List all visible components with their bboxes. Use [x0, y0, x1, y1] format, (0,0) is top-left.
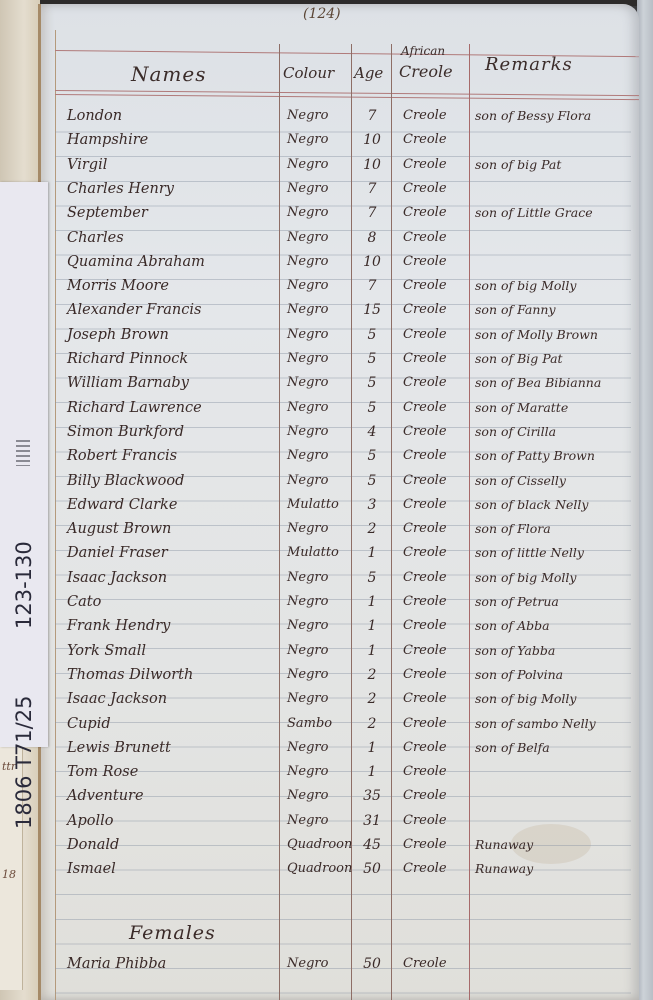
column-header-age: Age	[354, 64, 383, 82]
entry-age: 1	[357, 618, 387, 634]
entry-origin: Creole	[403, 157, 447, 172]
entry-name: Lewis Brunett	[67, 740, 171, 756]
entry-age: 5	[357, 473, 387, 489]
entry-name: York Small	[67, 643, 146, 659]
entry-age: 7	[357, 108, 387, 124]
column-header-creole: Creole	[399, 62, 453, 81]
entry-remark: son of Cisselly	[475, 473, 566, 488]
entry-age: 2	[357, 716, 387, 732]
entry-colour: Negro	[287, 764, 328, 779]
entry-origin: Creole	[403, 813, 447, 828]
column-header-remarks: Remarks	[485, 54, 573, 75]
entry-colour: Quadroon	[287, 837, 352, 852]
entry-name: Billy Blackwood	[67, 473, 184, 489]
entry-age: 4	[357, 424, 387, 440]
entry-age: 50	[357, 861, 387, 877]
entry-remark: son of big Molly	[475, 570, 576, 585]
entry-origin: Creole	[403, 278, 447, 293]
register-row: AdventureNegro35Creole	[41, 788, 639, 812]
entry-remark: son of Bea Bibianna	[475, 375, 601, 390]
entry-remark: son of big Molly	[475, 278, 576, 293]
entry-name: Maria Phibba	[67, 956, 166, 972]
entry-name: Edward Clarke	[67, 497, 177, 513]
entry-colour: Negro	[287, 157, 328, 172]
entry-origin: Creole	[403, 132, 447, 147]
entry-age: 7	[357, 205, 387, 221]
entry-colour: Negro	[287, 278, 328, 293]
entry-origin: Creole	[403, 788, 447, 803]
register-row: Billy BlackwoodNegro5Creoleson of Cissel…	[41, 473, 639, 497]
entry-name: Hampshire	[67, 132, 148, 148]
entry-name: Virgil	[67, 157, 107, 173]
entry-colour: Mulatto	[287, 545, 339, 560]
entry-origin: Creole	[403, 205, 447, 220]
entry-colour: Negro	[287, 230, 328, 245]
entry-age: 5	[357, 351, 387, 367]
entry-colour: Mulatto	[287, 497, 339, 512]
entry-remark: son of sambo Nelly	[475, 716, 596, 731]
entry-colour: Negro	[287, 108, 328, 123]
column-header-colour: Colour	[283, 64, 334, 82]
entry-name: Morris Moore	[67, 278, 169, 294]
entry-origin: Creole	[403, 448, 447, 463]
entry-age: 35	[357, 788, 387, 804]
entry-colour: Negro	[287, 618, 328, 633]
entry-colour: Negro	[287, 594, 328, 609]
entry-colour: Negro	[287, 302, 328, 317]
entry-remark: son of little Nelly	[475, 545, 584, 560]
entry-remark: son of Maratte	[475, 400, 568, 415]
entry-origin: Creole	[403, 545, 447, 560]
header-rule-bottom	[55, 90, 639, 100]
entry-origin: Creole	[403, 497, 447, 512]
entry-name: August Brown	[67, 521, 171, 537]
entry-remark: Runaway	[475, 861, 533, 876]
entry-name: Richard Pinnock	[67, 351, 188, 367]
entry-age: 1	[357, 643, 387, 659]
entry-age: 3	[357, 497, 387, 513]
entry-name: Charles Henry	[67, 181, 174, 197]
register-row: Daniel FraserMulatto1Creoleson of little…	[41, 545, 639, 569]
entry-age: 15	[357, 302, 387, 318]
entry-remark: son of Molly Brown	[475, 327, 598, 342]
register-row: IsmaelQuadroon50CreoleRunaway	[41, 861, 639, 885]
register-row: VirgilNegro10Creoleson of big Pat	[41, 157, 639, 181]
entry-origin: Creole	[403, 302, 447, 317]
register-row: CupidSambo2Creoleson of sambo Nelly	[41, 716, 639, 740]
entry-origin: Creole	[403, 254, 447, 269]
entry-name: Alexander Francis	[67, 302, 201, 318]
entry-remark: son of Little Grace	[475, 205, 593, 220]
entry-age: 10	[357, 132, 387, 148]
entry-origin: Creole	[403, 594, 447, 609]
entry-remark: son of Bessy Flora	[475, 108, 591, 123]
entry-remark: son of big Molly	[475, 691, 576, 706]
entry-origin: Creole	[403, 108, 447, 123]
archive-reference-label: 1806 T71/25 123-130	[0, 182, 48, 747]
register-row: SeptemberNegro7Creoleson of Little Grace	[41, 205, 639, 229]
entry-age: 10	[357, 254, 387, 270]
entry-colour: Negro	[287, 473, 328, 488]
entry-origin: Creole	[403, 327, 447, 342]
register-row: Simon BurkfordNegro4Creoleson of Cirilla	[41, 424, 639, 448]
register-row: ApolloNegro31Creole	[41, 813, 639, 837]
entry-origin: Creole	[403, 424, 447, 439]
register-row: Joseph BrownNegro5Creoleson of Molly Bro…	[41, 327, 639, 351]
entry-age: 31	[357, 813, 387, 829]
register-row: Maria PhibbaNegro50Creole	[41, 956, 639, 980]
register-row: Isaac JacksonNegro5Creoleson of big Moll…	[41, 570, 639, 594]
entry-age: 5	[357, 448, 387, 464]
entry-name: Cupid	[67, 716, 111, 732]
archive-page-range: 123-130	[12, 541, 36, 629]
entry-origin: Creole	[403, 956, 447, 971]
register-row: Richard PinnockNegro5Creoleson of Big Pa…	[41, 351, 639, 375]
entry-remark: son of Belfa	[475, 740, 550, 755]
entry-age: 7	[357, 181, 387, 197]
entry-name: Joseph Brown	[67, 327, 169, 343]
entry-age: 5	[357, 400, 387, 416]
entry-remark: son of Cirilla	[475, 424, 556, 439]
entry-age: 2	[357, 521, 387, 537]
entry-origin: Creole	[403, 861, 447, 876]
register-row: York SmallNegro1Creoleson of Yabba	[41, 643, 639, 667]
entry-colour: Negro	[287, 740, 328, 755]
entry-name: Charles	[67, 230, 124, 246]
entry-remark: son of Yabba	[475, 643, 555, 658]
entry-origin: Creole	[403, 570, 447, 585]
entry-age: 45	[357, 837, 387, 853]
entry-name: Simon Burkford	[67, 424, 184, 440]
entry-origin: Creole	[403, 716, 447, 731]
entry-age: 5	[357, 375, 387, 391]
entry-origin: Creole	[403, 618, 447, 633]
entry-age: 50	[357, 956, 387, 972]
entry-age: 5	[357, 570, 387, 586]
entry-colour: Negro	[287, 691, 328, 706]
entry-colour: Negro	[287, 956, 328, 971]
entry-colour: Negro	[287, 570, 328, 585]
register-row: Richard LawrenceNegro5Creoleson of Marat…	[41, 400, 639, 424]
register-row: William BarnabyNegro5Creoleson of Bea Bi…	[41, 375, 639, 399]
entry-remark: son of Polvina	[475, 667, 563, 682]
register-row: Quamina AbrahamNegro10Creole	[41, 254, 639, 278]
entry-name: Quamina Abraham	[67, 254, 205, 270]
entry-colour: Negro	[287, 667, 328, 682]
register-row: Isaac JacksonNegro2Creoleson of big Moll…	[41, 691, 639, 715]
entry-name: September	[67, 205, 148, 221]
barcode-marks	[16, 440, 30, 466]
entry-colour: Negro	[287, 254, 328, 269]
entry-colour: Negro	[287, 205, 328, 220]
entry-origin: Creole	[403, 643, 447, 658]
register-row: Charles HenryNegro7Creole	[41, 181, 639, 205]
entry-origin: Creole	[403, 375, 447, 390]
entry-name: Cato	[67, 594, 101, 610]
entry-origin: Creole	[403, 400, 447, 415]
entry-remark: son of Abba	[475, 618, 550, 633]
entry-origin: Creole	[403, 740, 447, 755]
entry-name: Ismael	[67, 861, 116, 877]
register-row: Robert FrancisNegro5Creoleson of Patty B…	[41, 448, 639, 472]
register-row: Edward ClarkeMulatto3Creoleson of black …	[41, 497, 639, 521]
entry-origin: Creole	[403, 473, 447, 488]
entry-colour: Negro	[287, 181, 328, 196]
entry-age: 1	[357, 740, 387, 756]
folio-number: (124)	[303, 6, 341, 22]
entry-age: 1	[357, 764, 387, 780]
register-row: Tom RoseNegro1Creole	[41, 764, 639, 788]
entry-origin: Creole	[403, 837, 447, 852]
entry-colour: Negro	[287, 813, 328, 828]
entry-origin: Creole	[403, 351, 447, 366]
entry-colour: Negro	[287, 400, 328, 415]
entry-colour: Negro	[287, 132, 328, 147]
column-header-names: Names	[131, 62, 207, 86]
entry-origin: Creole	[403, 764, 447, 779]
entry-origin: Creole	[403, 181, 447, 196]
register-row: Lewis BrunettNegro1Creoleson of Belfa	[41, 740, 639, 764]
entry-age: 8	[357, 230, 387, 246]
entry-name: Richard Lawrence	[67, 400, 202, 416]
entry-name: Adventure	[67, 788, 144, 804]
register-row: CharlesNegro8Creole	[41, 230, 639, 254]
register-row: LondonNegro7Creoleson of Bessy Flora	[41, 108, 639, 132]
entry-age: 1	[357, 594, 387, 610]
entry-colour: Negro	[287, 375, 328, 390]
entry-colour: Negro	[287, 788, 328, 803]
entry-name: Apollo	[67, 813, 114, 829]
entry-colour: Negro	[287, 327, 328, 342]
entry-name: Robert Francis	[67, 448, 177, 464]
entry-name: Isaac Jackson	[67, 691, 167, 707]
register-row: Thomas DilworthNegro2Creoleson of Polvin…	[41, 667, 639, 691]
entry-remark: son of Fanny	[475, 302, 556, 317]
entry-name: Thomas Dilworth	[67, 667, 193, 683]
entry-origin: Creole	[403, 230, 447, 245]
register-row: Frank HendryNegro1Creoleson of Abba	[41, 618, 639, 642]
entry-remark: son of big Pat	[475, 157, 561, 172]
entry-age: 2	[357, 691, 387, 707]
entry-colour: Negro	[287, 448, 328, 463]
entry-age: 5	[357, 327, 387, 343]
entry-name: London	[67, 108, 122, 124]
margin-mark: 18	[2, 868, 16, 881]
entry-origin: Creole	[403, 667, 447, 682]
entry-name: Donald	[67, 837, 119, 853]
entry-name: Daniel Fraser	[67, 545, 168, 561]
entry-origin: Creole	[403, 521, 447, 536]
entry-origin: Creole	[403, 691, 447, 706]
entry-age: 1	[357, 545, 387, 561]
entry-remark: Runaway	[475, 837, 533, 852]
entry-name: Frank Hendry	[67, 618, 170, 634]
archive-reference: 1806 T71/25	[12, 696, 36, 829]
entry-remark: son of black Nelly	[475, 497, 588, 512]
entry-age: 2	[357, 667, 387, 683]
register-row: HampshireNegro10Creole	[41, 132, 639, 156]
entry-colour: Negro	[287, 351, 328, 366]
register-row: August BrownNegro2Creoleson of Flora	[41, 521, 639, 545]
register-row: DonaldQuadroon45CreoleRunaway	[41, 837, 639, 861]
entry-age: 10	[357, 157, 387, 173]
next-page-edge	[637, 0, 653, 1000]
entry-name: Isaac Jackson	[67, 570, 167, 586]
entry-colour: Negro	[287, 521, 328, 536]
entry-name: Tom Rose	[67, 764, 138, 780]
column-header-african: African	[401, 44, 445, 58]
entry-age: 7	[357, 278, 387, 294]
ledger-page: (124) Names Colour Age African Creole Re…	[38, 4, 639, 1000]
entry-colour: Quadroon	[287, 861, 352, 876]
entry-remark: son of Big Pat	[475, 351, 563, 366]
register-row: CatoNegro1Creoleson of Petrua	[41, 594, 639, 618]
entry-name: William Barnaby	[67, 375, 189, 391]
register-row: Alexander FrancisNegro15Creoleson of Fan…	[41, 302, 639, 326]
entry-remark: son of Patty Brown	[475, 448, 595, 463]
section-label-females: Females	[129, 922, 216, 944]
register-row: Morris MooreNegro7Creoleson of big Molly	[41, 278, 639, 302]
entry-colour: Sambo	[287, 716, 332, 731]
entry-remark: son of Flora	[475, 521, 551, 536]
entry-colour: Negro	[287, 643, 328, 658]
entry-colour: Negro	[287, 424, 328, 439]
entry-remark: son of Petrua	[475, 594, 559, 609]
